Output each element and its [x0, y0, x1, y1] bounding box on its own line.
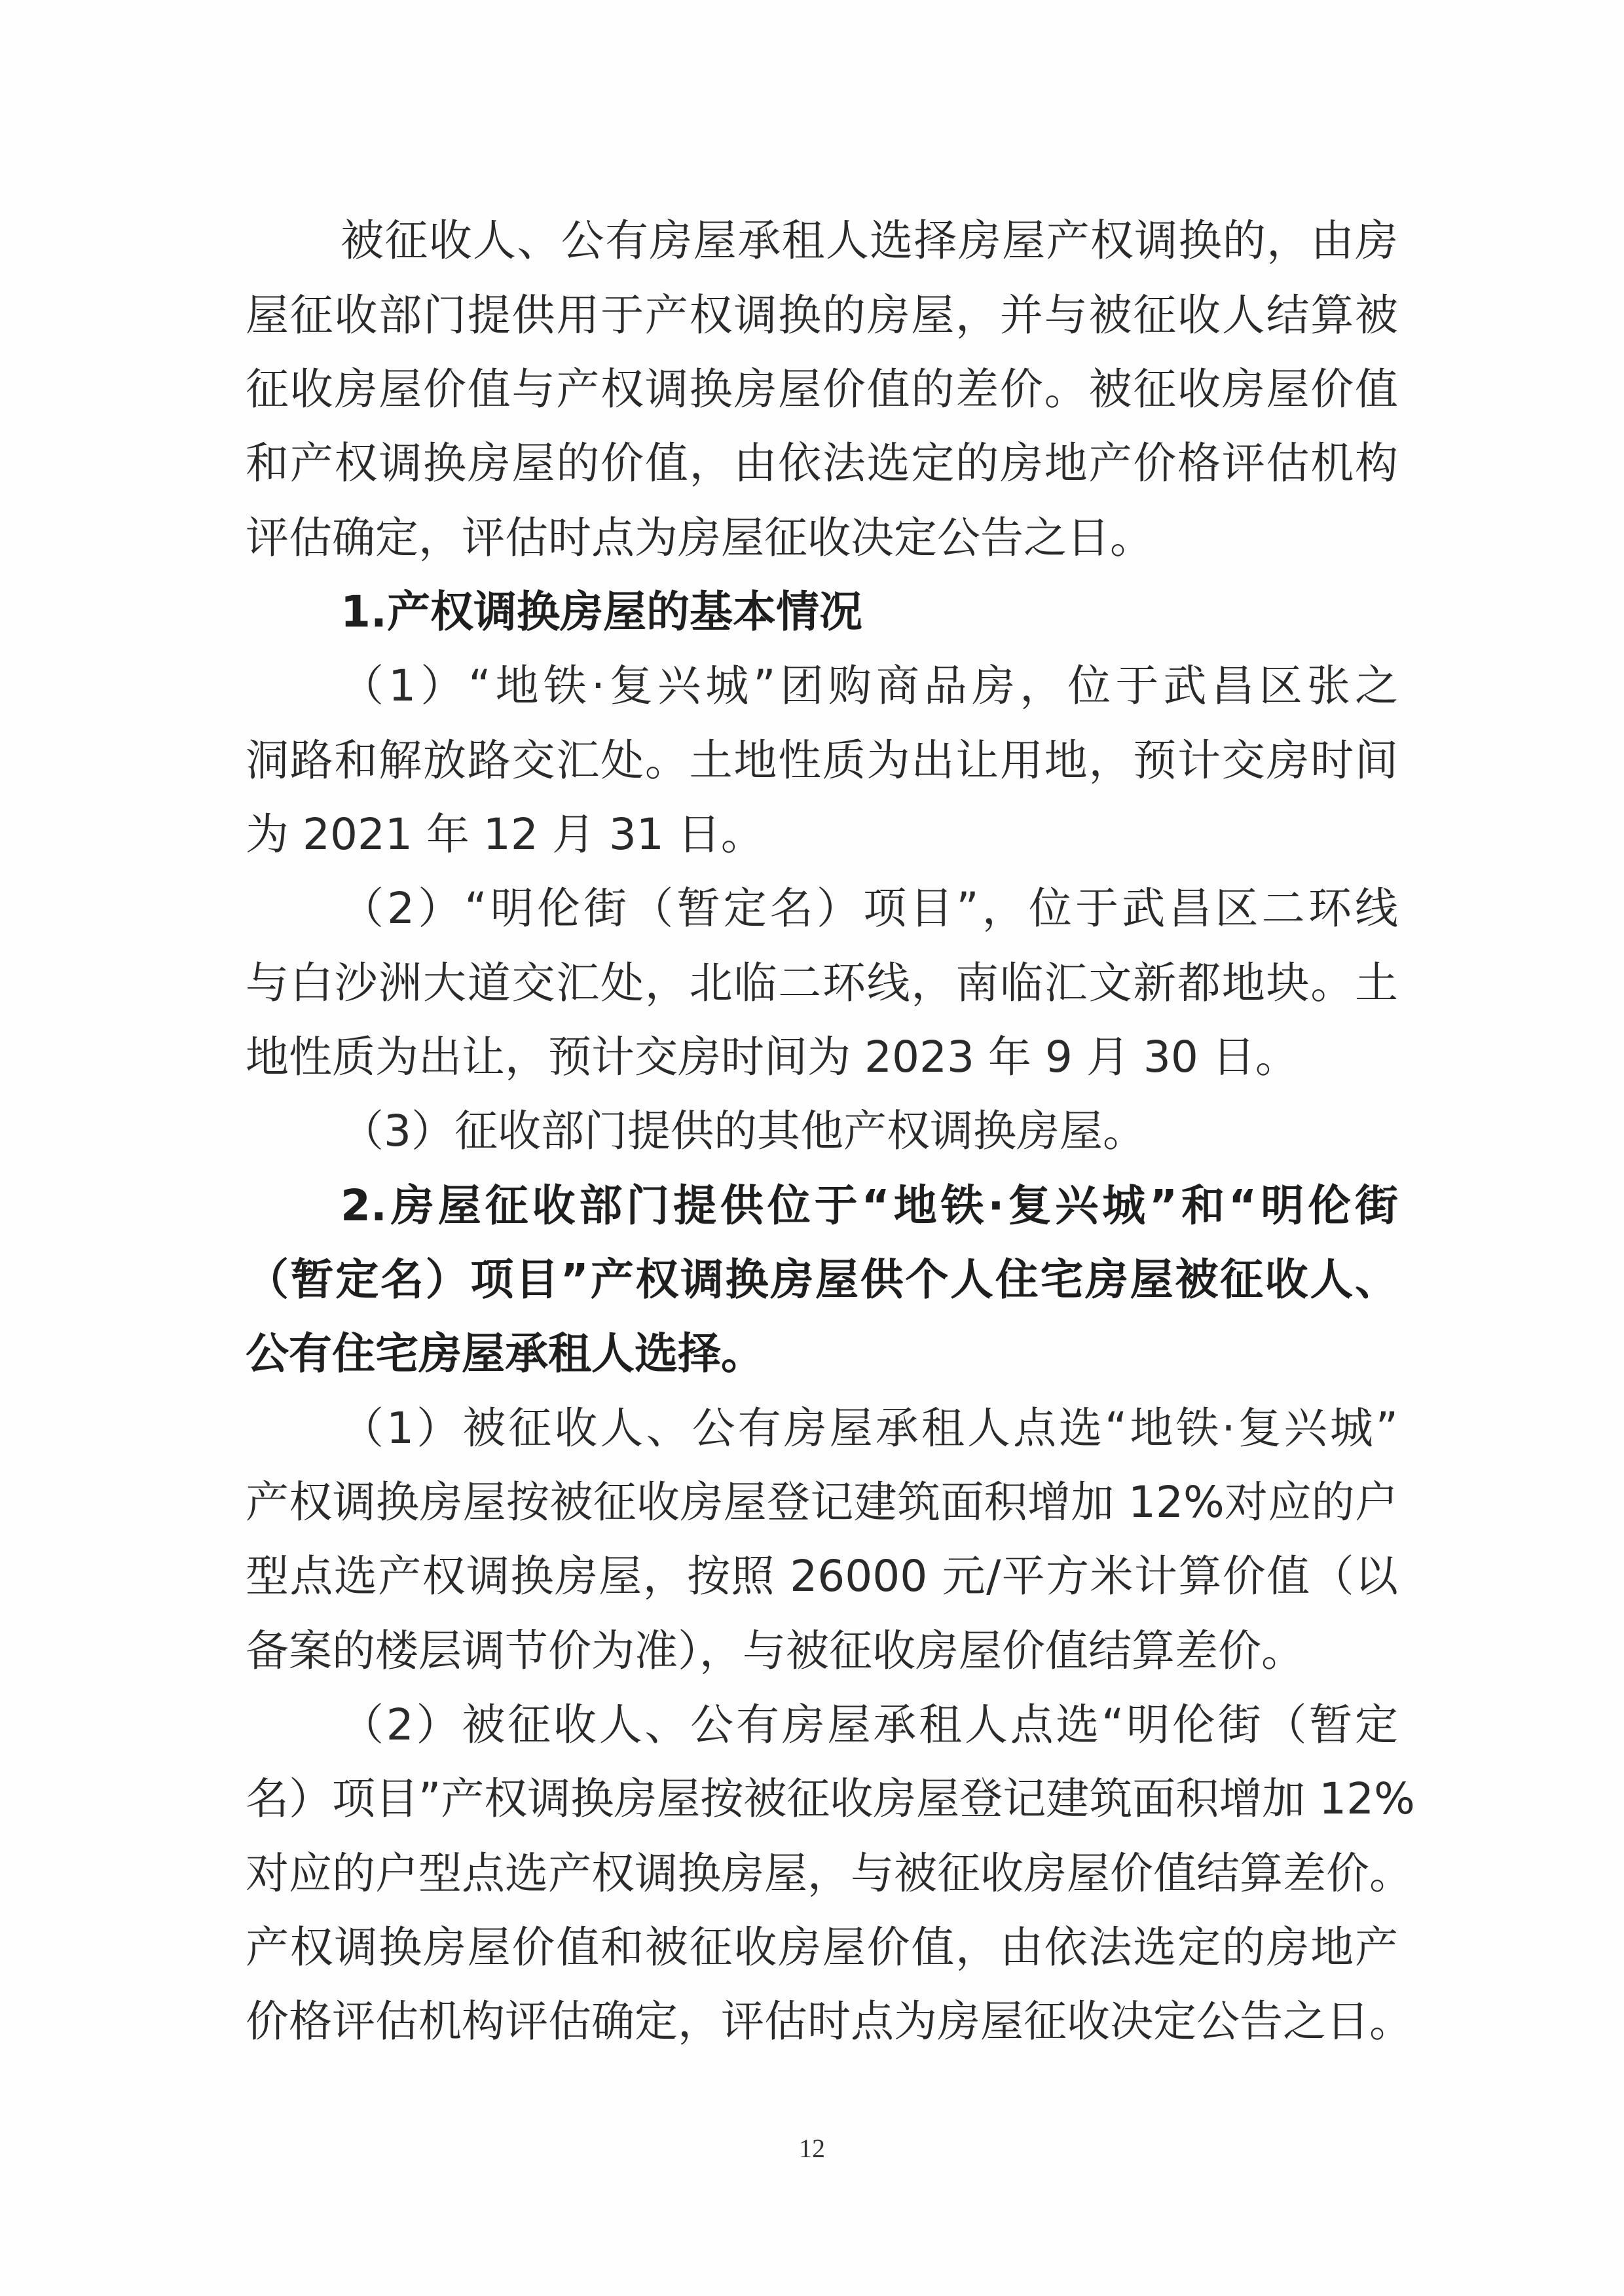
paragraph-line: （1）被征收人、公有房屋承租人点选“地铁·复兴城” [341, 1396, 1398, 1461]
paragraph-line: 价格评估机构评估确定，评估时点为房屋征收决定公告之日。 [246, 1989, 1398, 2054]
paragraph-line: 为 2021 年 12 月 31 日。 [246, 802, 1398, 867]
paragraph-line: （2）“明伦街（暂定名）项目”，位于武昌区二环线 [341, 876, 1398, 941]
paragraph-line: 产权调换房屋按被征收房屋登记建筑面积增加 12%对应的户 [246, 1470, 1398, 1535]
paragraph-line: 产权调换房屋价值和被征收房屋价值，由依法选定的房地产 [246, 1915, 1398, 1980]
document-page: 被征收人、公有房屋承租人选择房屋产权调换的，由房 屋征收部门提供用于产权调换的房… [0, 0, 1624, 2296]
paragraph-line: （1）“地铁·复兴城”团购商品房，位于武昌区张之 [341, 653, 1398, 719]
paragraph-line: 评估确定，评估时点为房屋征收决定公告之日。 [246, 505, 1398, 571]
section-heading: （暂定名）项目”产权调换房屋供个人住宅房屋被征收人、 [246, 1247, 1398, 1313]
paragraph-line: （3）征收部门提供的其他产权调换房屋。 [341, 1099, 1398, 1164]
page-number: 12 [779, 2133, 845, 2164]
paragraph-line: 屋征收部门提供用于产权调换的房屋，并与被征收人结算被 [246, 283, 1398, 348]
paragraph-line: 地性质为出让，预计交房时间为 2023 年 9 月 30 日。 [246, 1025, 1398, 1090]
paragraph-line: 名）项目”产权调换房屋按被征收房屋登记建筑面积增加 12% [246, 1766, 1398, 1832]
paragraph-line: 征收房屋价值与产权调换房屋价值的差价。被征收房屋价值 [246, 357, 1398, 422]
paragraph-line: 被征收人、公有房屋承租人选择房屋产权调换的，由房 [341, 208, 1398, 274]
paragraph-line: 洞路和解放路交汇处。土地性质为出让用地，预计交房时间 [246, 728, 1398, 793]
paragraph-line: 对应的户型点选产权调换房屋，与被征收房屋价值结算差价。 [246, 1841, 1398, 1906]
paragraph-line: 型点选产权调换房屋，按照 26000 元/平方米计算价值（以 [246, 1544, 1398, 1609]
section-heading: 2.房屋征收部门提供位于“地铁·复兴城”和“明伦街 [341, 1173, 1398, 1239]
paragraph-line: （2）被征收人、公有房屋承租人点选“明伦街（暂定 [341, 1692, 1398, 1758]
paragraph-line: 备案的楼层调节价为准），与被征收房屋价值结算差价。 [246, 1618, 1398, 1684]
paragraph-line: 和产权调换房屋的价值，由依法选定的房地产价格评估机构 [246, 431, 1398, 496]
section-heading: 1.产权调换房屋的基本情况 [341, 579, 1398, 645]
paragraph-line: 与白沙洲大道交汇处，北临二环线，南临汇文新都地块。土 [246, 951, 1398, 1016]
section-heading: 公有住宅房屋承租人选择。 [246, 1321, 1398, 1387]
